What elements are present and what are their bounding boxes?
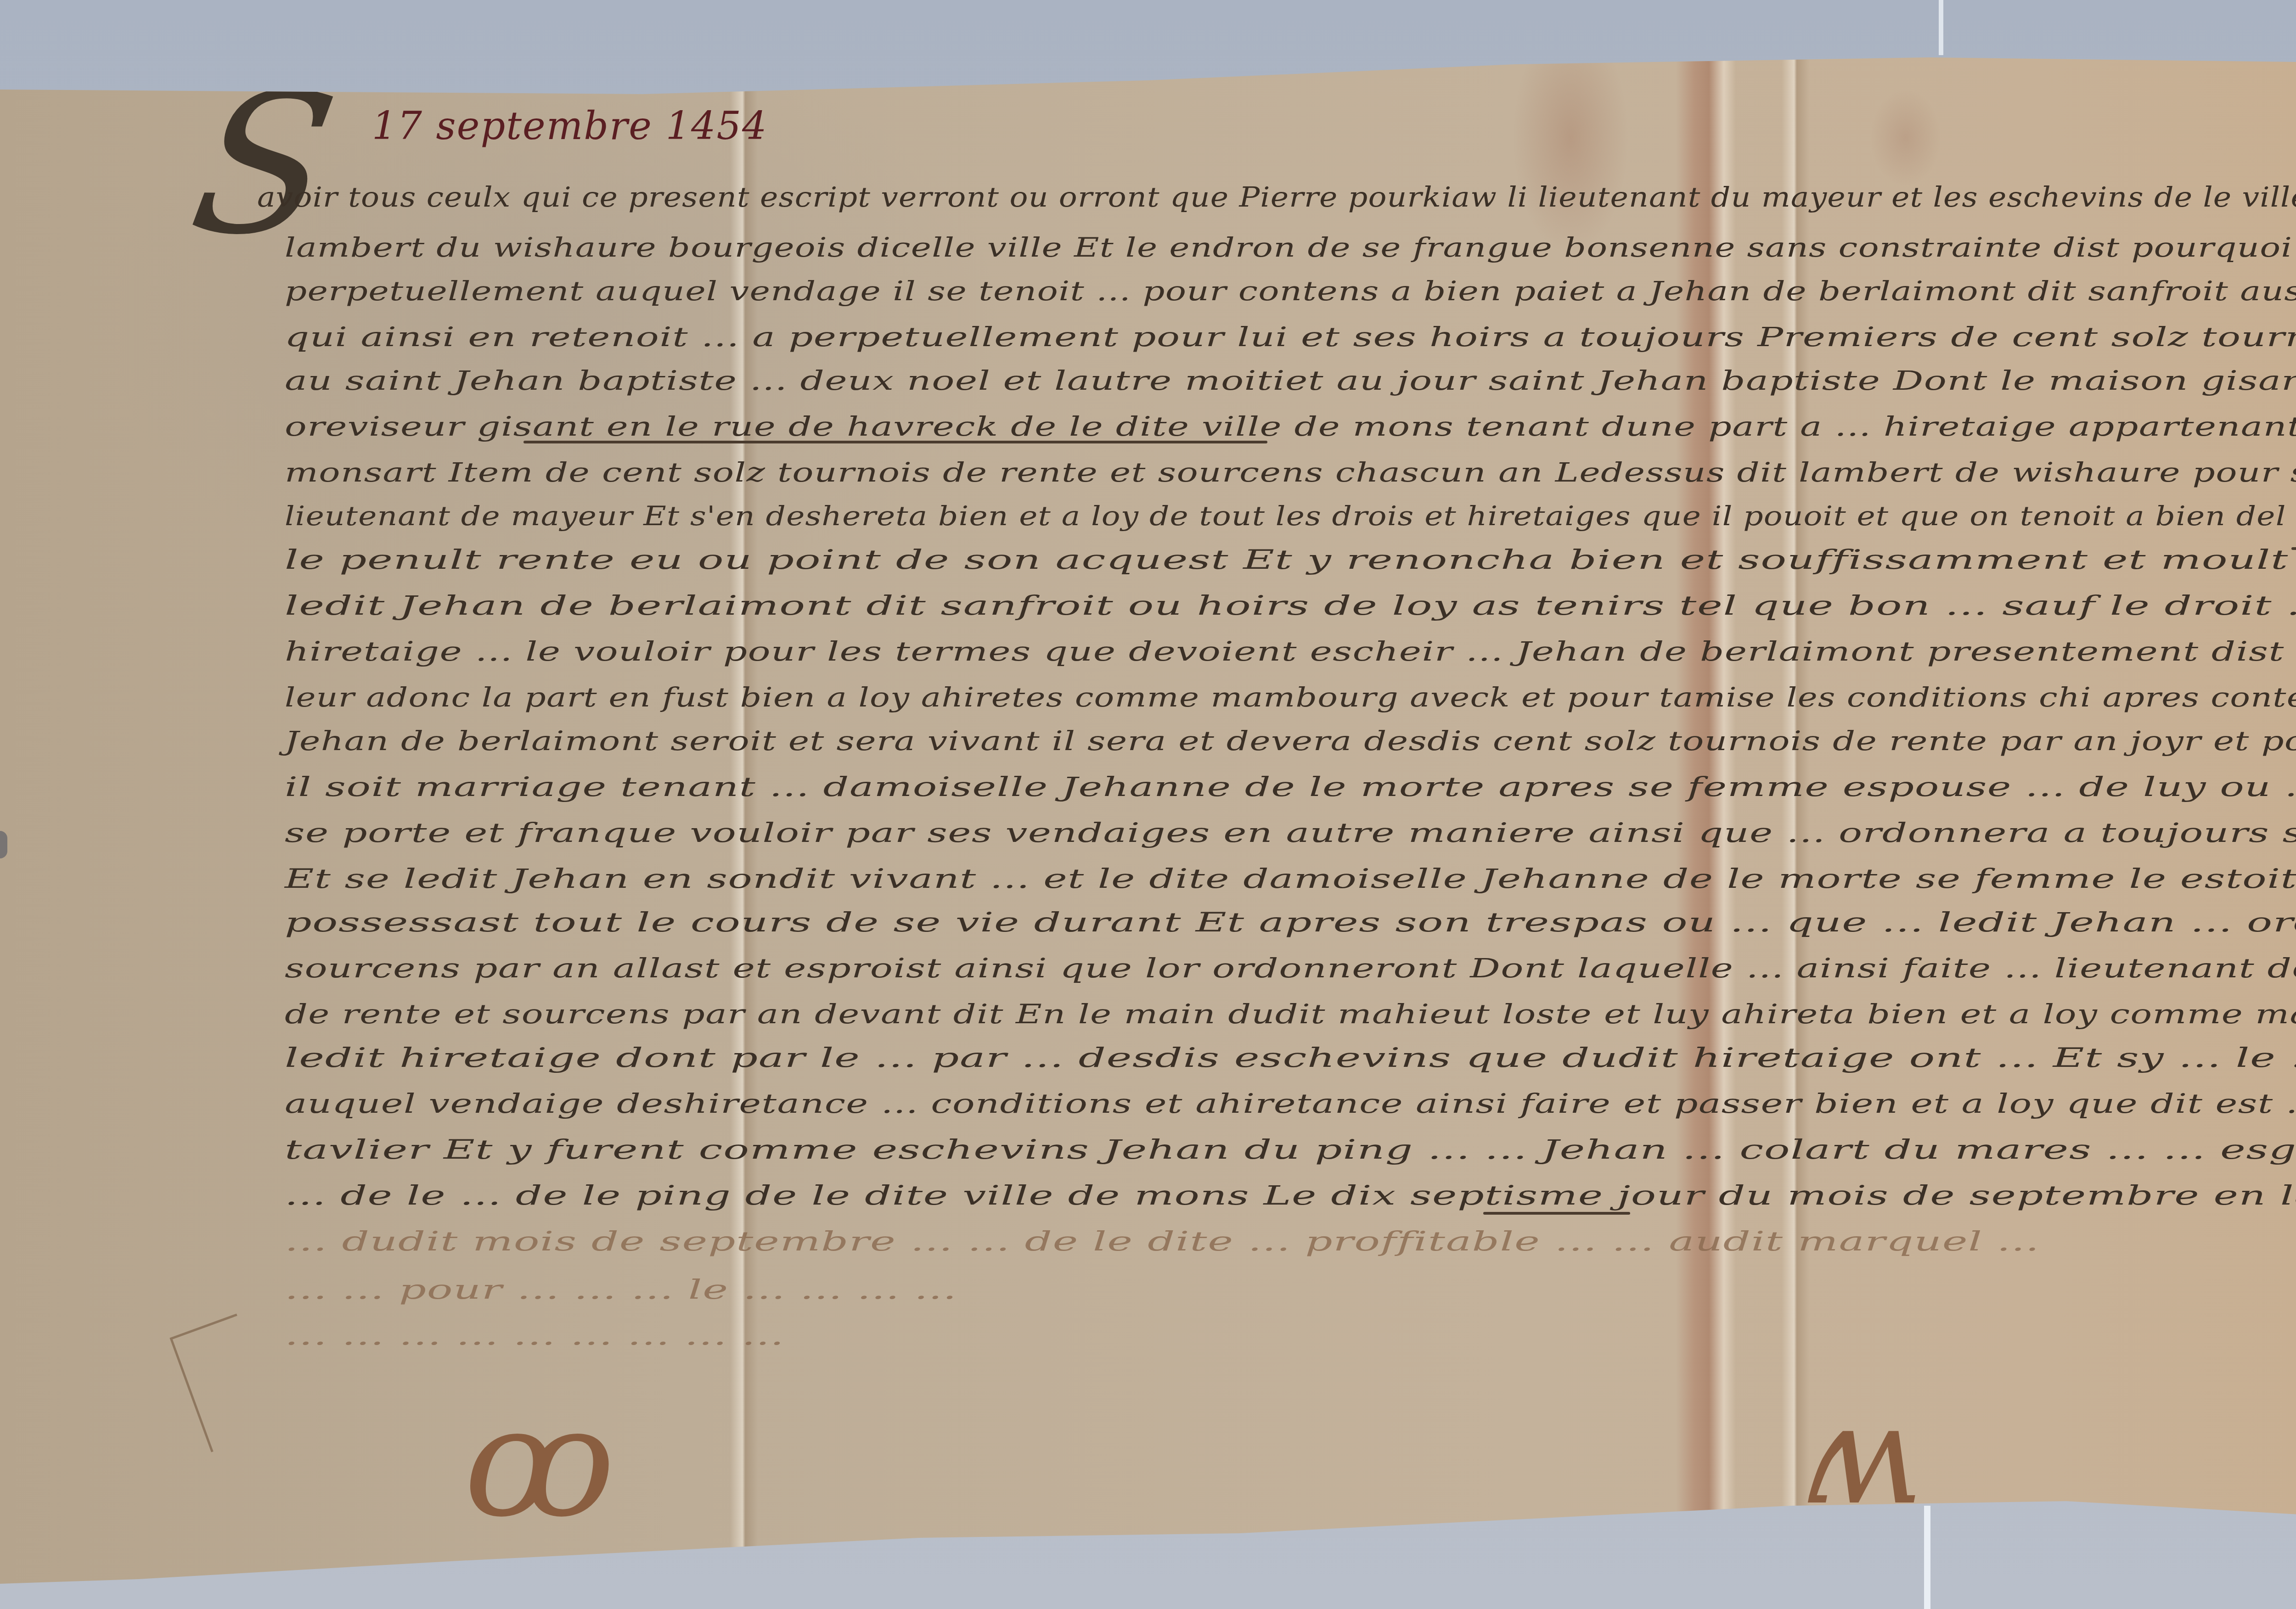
- ms-line-17: possessast tout le cours de se vie duran…: [285, 907, 2296, 938]
- notarial-mark-left: ꝏ: [464, 1386, 615, 1538]
- mount-seam: [1939, 0, 1943, 55]
- ms-line-8: lieutenant de mayeur Et s'en deshereta b…: [285, 500, 2296, 532]
- margin-bracket-mark: [169, 1313, 278, 1452]
- ms-line-19: de rente et sourcens par an devant dit E…: [285, 998, 2296, 1030]
- ms-line-9: le penult rente eu ou point de son acque…: [285, 544, 2296, 575]
- notarial-mark-center: ʍ: [1800, 1386, 1918, 1524]
- ms-line-13: Jehan de berlaimont seroit et sera vivan…: [285, 725, 2296, 757]
- ms-line-10: ledit Jehan de berlaimont dit sanfroit o…: [285, 590, 2296, 621]
- ms-line-16: Et se ledit Jehan en sondit vivant ... e…: [285, 863, 2296, 894]
- archival-date-annotation: 17 septembre 1454: [372, 103, 767, 148]
- ms-line-26-faded: ... ... ... ... ... ... ... ... ...: [285, 1320, 784, 1351]
- ms-line-5: au saint Jehan baptiste ... deux noel et…: [285, 365, 2296, 396]
- ms-line-12: leur adonc la part en fust bien a loy ah…: [285, 682, 2296, 713]
- underline-rue-de-havreck: [523, 441, 1267, 443]
- underline-dating-clause: [1483, 1212, 1630, 1215]
- mount-seam: [1924, 1506, 1930, 1609]
- ms-line-20: ledit hiretaige dont par le ... par ... …: [285, 1042, 2296, 1073]
- ms-line-2: lambert du wishaure bourgeois dicelle vi…: [285, 232, 2296, 263]
- ms-line-23: ... de le ... de le ping de le dite vill…: [285, 1180, 2296, 1211]
- ms-line-25-faded: ... ... pour ... ... ... le ... ... ... …: [285, 1274, 957, 1305]
- ms-line-4: qui ainsi en retenoit ... a perpetuellem…: [285, 321, 2296, 353]
- ms-line-15: se porte et franque vouloir par ses vend…: [285, 817, 2296, 848]
- parchment-sheet: S 17 septembre 1454 avoir tous ceulx qui…: [0, 0, 2296, 1609]
- ms-line-1: avoir tous ceulx qui ce present escript …: [257, 181, 2296, 213]
- ms-line-24-faded: ... dudit mois de septembre ... ... de l…: [285, 1226, 2040, 1257]
- ms-line-14: il soit marriage tenant ... damoiselle J…: [285, 771, 2296, 802]
- photo-stage: S 17 septembre 1454 avoir tous ceulx qui…: [0, 0, 2296, 1609]
- ms-line-3: perpetuellement auquel vendage il se ten…: [285, 275, 2296, 307]
- ms-line-22: tavlier Et y furent comme eschevins Jeha…: [285, 1134, 2296, 1165]
- ms-line-11: hiretaige ... le vouloir pour les termes…: [285, 636, 2296, 667]
- ms-line-21: auquel vendaige deshiretance ... conditi…: [285, 1088, 2296, 1119]
- ms-line-6: oreviseur gisant en le rue de havreck de…: [285, 411, 2296, 442]
- margin-spot: [0, 831, 7, 858]
- ms-line-7: monsart Item de cent solz tournois de re…: [285, 457, 2296, 488]
- ms-line-18: sourcens par an allast et esproist ainsi…: [285, 953, 2296, 984]
